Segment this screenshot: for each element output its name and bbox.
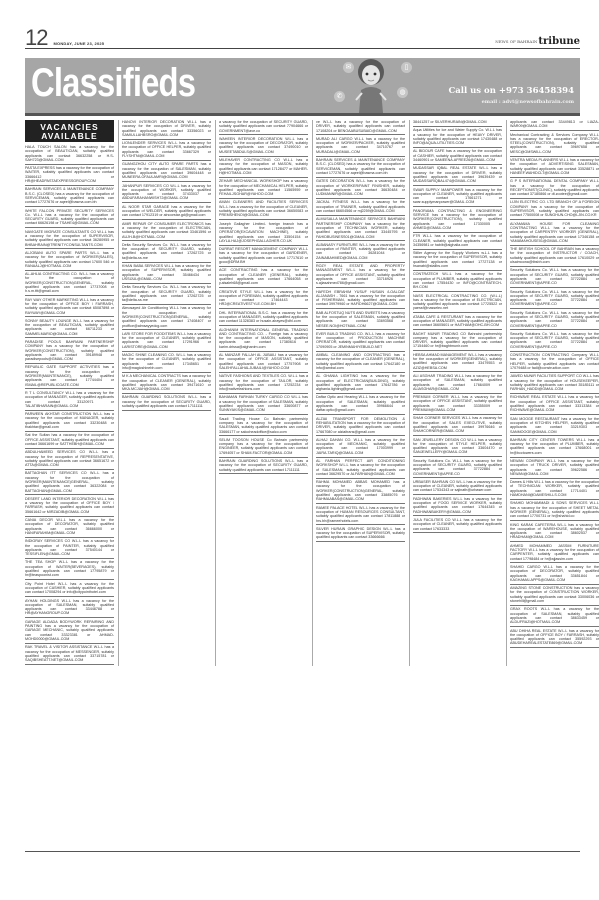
classified-ad: Aqua Utilities for Ice and Water Supply … [413,128,502,148]
classified-ad: JAHANPUR SERVICES CO W.L.L has a vacancy… [122,184,211,204]
classified-ad: SONNY BEAUTY LOUNGE W.L.L has a vacancy … [25,319,114,339]
classified-ad: SHAHID MOHAMMADI & SONS SERVICES W.L.L h… [510,501,599,521]
classified-ad: AMBAL CLEANING AND CONTRACTING has a vac… [316,353,405,373]
classified-ad: ALHAJ DAHAN CO. W.L.L has a vacancy for … [316,438,405,458]
classified-ad: ALGHANIM INTERNATIONAL GENERAL TRADING A… [219,328,308,352]
classified-ad: AMIR REPAIR OF CONSUMER ELECTRONICS has … [122,222,211,242]
classified-ad: AL NOOR STAR GARAGE has a vacancy for th… [122,205,211,220]
page-number: 12 [25,28,47,48]
page-header-left: 12 MONDAY, JUNE 23, 2025 [25,28,104,48]
classified-ad: JULA FACILITIES CO W.L.L has a vacancy f… [413,518,502,533]
ads-column-2: HANOVI INTERIOR DECORATION W.L.L has a v… [118,120,211,666]
masthead-logo: NEWS OF BAHRAINtribune [495,36,580,47]
classified-ad: 38441257 or SILVERHURAIN@GMAIL.COM [413,120,502,127]
classified-ad: THE BRITISH SCHOOL OF BAHRAIN has a vaca… [510,247,599,267]
banner-email: email : advt@newsofbahrain.com [482,99,574,105]
classified-ad: URBASER BAHRAIN CO W.L.L has a vacancy f… [413,480,502,495]
classified-ad: Security Solutions Co. W.L.L has a vacan… [510,268,599,288]
classified-ad: LARI STORE FOR FOODITEMS W.L.L has a vac… [122,332,211,352]
classified-ad: MAGIC SHINE CLEANING CO. W.L.L has a vac… [122,353,211,373]
issue-date: MONDAY, JUNE 23, 2025 [53,41,104,46]
classified-ad: PARWEEN AKHTAR CONSTRUCTION W.L.L has a … [25,412,114,432]
ads-column-4: ve W.L.L has a vacancy for the occupatio… [312,120,405,666]
classified-ad: AYHAN HOLDINGS W.L.L has a vacancy for t… [25,599,114,619]
classified-ad: applicants can contact 33449813 or LIAZA… [510,120,599,131]
classified-ad: JAWED MUNIR FACILITIES SUPPORT CO W.L.L … [510,374,599,394]
classified-ad: FADHWAN BAKERIES W.L.L has a vacancy for… [413,497,502,517]
classified-ad: AL MANZAR FALLAH AL JUBAILI has a vacanc… [219,353,308,373]
classified-ad: RAHMA MOHAMED ABBAS MOHAMED has a vacanc… [316,480,405,504]
classified-ad: AL-AHLIA CONTRACTING CO. W.L.L has a vac… [25,272,114,296]
classified-ad: CONSTRUCTION CONTRACTING Company W.L.L h… [510,353,599,373]
classified-ad: GRAX ROOTS W.L.L has a vacancy for the o… [510,607,599,627]
classified-ad: RICHWAVE REAL ESTATE W.L.L has a vacancy… [510,395,599,415]
classified-ad: ACE CONTRACTING has a vacancy for the oc… [219,268,308,288]
classified-ad: ALJOBANI AUTO SPARE PARTS W.L.L has a va… [25,251,114,271]
classified-ad: ROZY REAL ESTATE AND PROPERTY MANAGEMENT… [316,264,405,288]
classified-ad: MILEHAVER CONTRACTING CO W.L.L has a vac… [219,158,308,178]
ads-list: HALA TOUCH SALON has a vacancy for the o… [25,145,114,665]
classified-ad: ALI ASGHAR TRADING W.L.L has a vacancy f… [413,374,502,394]
classified-ad: JACKAL FITNESS W.L.L has a vacancy for t… [316,200,405,215]
classified-ad: GATES DECORATION W.L.L has a vacancy for… [316,179,405,199]
classified-ad: G P S INTERNATIONAL DENTAL COMPANY W.L.L… [510,179,599,199]
classified-ad: BAHRAIN GUARDING SOLUTIONS W.L.L has a v… [219,459,308,474]
banner-phone: Call us on +973 36458394 [448,86,574,96]
classified-ad: BAHAMAN FARHAN TURKY CARGO CO W.L.L has … [219,395,308,415]
classified-ad: a vacancy for the occupation of SECURITY… [219,120,308,135]
classified-ad: CANIA DECOR W.L.L has a vacancy for the … [25,518,114,538]
classified-ad: BAB ALFOSTUQ NUTS AND SWEETS has a vacan… [316,311,405,331]
classified-ad: ALBANASY FURNITURE W.L.L has a vacancy f… [316,243,405,263]
classified-ad: INDIGRAY SERVICES CO W.L.L has a vacancy… [25,539,114,559]
banner-title: Classifieds [31,61,195,106]
classified-ad: Security Solutions Co. W.L.L has a vacan… [510,311,599,331]
classified-ad: SAN JEWELLERY DESIGN CO W.L.L has a vaca… [413,438,502,458]
classified-ad: REPUBLIC GATE SUPPORT ACTIVITIES has a v… [25,365,114,389]
classified-ad: DHL INTERNATIONAL B.S.C. has a vacancy f… [219,311,308,326]
classified-ad: Delta Security Services Co. W.L.L has a … [122,243,211,263]
classified-ad: Almosayed Air Conditioning W.L.L has a v… [122,306,211,330]
classified-ad: Delta Security Services Co. W.L.L has a … [122,285,211,305]
classified-ad: AL GHANIA LIGHTING has a vacancy for the… [316,374,405,394]
classified-ad: BAHRAIN CITY CENTER TOWERS W.L.L has a v… [510,438,599,458]
globe-icon: ◍ [397,87,408,98]
classified-ad: SHAH CORNER SERVICES W.L.L has a vacancy… [413,416,502,436]
classified-ad: MUDASSAR IQBAL REAL ESTATE W.L.L has a v… [413,166,502,186]
classified-ad: Mechanical Contracting & Services Compan… [510,133,599,157]
classified-ad: AL BIDOUR CAFE has a vacancy for the occ… [413,149,502,164]
ads-columns: VACANCIES AVAILABLE HALA TOUCH SALON has… [25,120,580,666]
classified-ad: BAGHT MUNIR TRADING CO Bahraini partners… [413,332,502,352]
classified-ad: KING KARAK CAFETERIA W.L.L has a vacancy… [510,523,599,543]
classified-ad: PASTA EXPRESS has a vacancy for the occu… [25,166,114,186]
classified-ad: ABDULHAMEED SERVICES CO W.L.L has a vaca… [25,450,114,470]
classified-ad: CONTRATECH W.L.L has a vacancy for the o… [413,272,502,292]
ads-list: a vacancy for the occupation of SECURITY… [219,120,308,474]
classified-ad: FTR W.L.L has a vacancy for the occupati… [413,234,502,249]
classified-ad: RAK TRAVEL & VISITOR ASSISTANCE W.L.L ha… [25,645,114,665]
classified-ad: Security Solutions Co. W.L.L has a vacan… [413,459,502,479]
classified-ad: Joseph Gallagher Limited- foreign branch… [219,222,308,246]
classified-ad: BAHRAIN SERVICES & MAINTENANCE COMPANY B… [316,158,405,178]
classified-ad: ALYAMAMA HOUSE FOR CLEANING CONTRACTING … [510,222,599,246]
classified-ad: NASS ELECTRICAL CONTRACTING CO. (W.L.L) … [413,294,502,314]
classified-ad: ATABA CAFE & RESTURANT has a vacancy for… [413,315,502,330]
classified-ad: BAHRAIN SERVICES & MAINTENANCE COMPANY B… [25,187,114,207]
ads-column-5: 38441257 or SILVERHURAIN@GMAIL.COMAqua U… [409,120,502,666]
classifieds-page: 12 MONDAY, JUNE 23, 2025 NEWS OF BAHRAIN… [25,26,580,666]
classified-ad: SILVER HURAIN GRAPHIC DESIGN W.L.L has a… [316,527,405,542]
classified-ad: SHAHID CARGO W.L.L has a vacancy for the… [510,565,599,585]
classified-ad: Dames & Hills W.L.L has a vacancy for th… [510,480,599,500]
classified-ad: Security Solutions Co. W.L.L has a vacan… [510,332,599,352]
vacancies-heading: VACANCIES AVAILABLE [25,120,114,142]
classified-ad: Daftar Optic and Hearing W.L.L has a vac… [316,395,405,415]
classified-ad: THE TEA SHOP W.L.L has a vacancy for the… [25,560,114,580]
masthead-brand: tribune [538,36,580,47]
classified-ad: HANOVI INTERIOR DECORATION W.L.L has a v… [122,120,211,140]
classified-ad: WHITE FALCON PRIVATE SECURITY SERVICES C… [25,209,114,229]
classifieds-banner: Classifieds ✉ ✆ ▯ ◍ Call us on +973 3645… [25,58,580,116]
mobile-icon: ▯ [401,62,412,73]
ads-column-3: a vacancy for the occupation of SECURITY… [215,120,308,666]
classified-ad: NEWAN COMPANY W.L.L has a vacancy for th… [510,459,599,479]
classified-ad: R T L CONSULTANCY W.L.L has a vacancy fo… [25,391,114,411]
classified-ad: EVER BUILD TRADING CO. W.L.L has a vacan… [316,332,405,352]
classified-ad: KHAN BABA SERVICES W.L.L has a vacancy f… [122,264,211,284]
classified-ad: MURAD ALI CARGO W.L.L has a vacancy for … [316,137,405,157]
classified-ad: Saudi Trading House Co Bahrain partnersh… [219,417,308,437]
classified-ad: HALA TOUCH SALON has a vacancy for the o… [25,145,114,165]
classified-ad: PANORAMA CONTRACTING & ENGINEERING SERVI… [413,209,502,233]
page-footer-rule [25,851,580,852]
classified-ad: SWAR SUPPLY MANPOWER has a vacancy for t… [413,188,502,208]
phone-icon: ✆ [334,91,345,102]
page-header: 12 MONDAY, JUNE 23, 2025 NEWS OF BAHRAIN… [25,26,580,49]
classified-ad: ABU DHIHA REAL ESTATE W.L.L has a vacanc… [510,629,599,649]
classified-ad: PREMIUM CORNER W.L.L has a vacancy for t… [413,395,502,415]
ads-list: HANOVI INTERIOR DECORATION W.L.L has a v… [122,120,211,411]
classified-ad: M K A MECHANICAL CONTRACTS has a vacancy… [122,374,211,394]
classified-ad: GUANGZHOU CITY AUTO SPARE PARTS has a va… [122,162,211,182]
classified-ad: ALZIAI TRANSPORT FOR DEMOLITION & REHABI… [316,417,405,437]
classified-ad: NATIVE FASHIONS AND TEXTILES CO. W.L.L h… [219,374,308,394]
classified-ad: RAY WAY OTHER MARKETING W.L.L has a vaca… [25,298,114,318]
classified-ad: NAVIGATE MIGRATE CONSULTANTS CO W.L.L ha… [25,230,114,250]
ads-list: ve W.L.L has a vacancy for the occupatio… [316,120,405,542]
masthead-small-text: NEWS OF BAHRAIN [495,39,537,44]
mascot-illustration [353,58,389,113]
ads-list: applicants can contact 33449813 or LIAZA… [510,120,599,648]
ads-column-1: VACANCIES AVAILABLE HALA TOUCH SALON has… [25,120,114,666]
classified-ad: AMAZING STONE CONSTRUCTION has a vacancy… [510,586,599,606]
classified-ad: CREATIVE STYLE W.L.L has a vacancy for t… [219,290,308,310]
classified-ad: AL FARHAN PERFECT AIR CONDITIONING WORKS… [316,459,405,479]
classified-ad: DURRAT RESORT MANAGEMENT COMPANY W.L.L h… [219,247,308,267]
classified-ad: HEBSA AHMAD MANAGEMENT W.L.L has a vacan… [413,353,502,373]
ads-list: 38441257 or SILVERHURAIN@GMAIL.COMAqua U… [413,120,502,533]
classified-ad: PARADISE POOLS BAHRAINI PARTNERSHIP COMP… [25,340,114,364]
classified-ad: AHMED MOHAMMED JASSIM FURNITURE FACTORY … [510,544,599,564]
classified-ad: BAHRAIN GUARDING SOLUTIONS W.L.L has a v… [122,395,211,410]
classified-ad: LIONLENDER SERVICES W.L.L has a vacancy … [122,141,211,161]
classified-ad: Stiller Agency for the Supply Workers w.… [413,251,502,271]
classified-ad: VENTRA MEDIA PLANNERS W.L.L has a vacanc… [510,158,599,178]
classified-ad: DESERT LAND INTERIOR DECORATION W.L.L ha… [25,497,114,517]
classified-ad: HAFEDH EBRAHIM YUSUF HUSAIN /LOALOAT ALJ… [316,290,405,310]
classified-ad: Security Solutions Co. W.L.L has a vacan… [510,290,599,310]
classified-ad: RAMEE PALACE HOTEL W.L.L has a vacancy f… [316,506,405,526]
classified-ad: City Point Hotel W.L.L has a vacancy for… [25,582,114,597]
classified-ad: AMAN CLEANERS AND FACILITIES SERVICES W.… [219,200,308,220]
classified-ad: SAN MOOGE RESTAURANT has a vacancy for t… [510,417,599,437]
classified-ad: GARAGE ALDADA BODYWORK REPAIRING AND PAI… [25,620,114,644]
ads-column-6: applicants can contact 33449813 or LIAZA… [506,120,599,666]
classified-ad: SELIM TOOSON HOUSE Co Bahrain partnershi… [219,438,308,458]
classified-ad: BATTAGHAN ITT SERVICES CO W.L.L has a va… [25,471,114,495]
classified-ad: WAHEEN INTERIOR DECORATION W.L.L has a v… [219,137,308,157]
classified-ad: LIJIN ELECTRIC CO. LTD BRANCH OF A FOREI… [510,200,599,220]
classified-ad: ve W.L.L has a vacancy for the occupatio… [316,120,405,135]
classified-ad: ZEHAIR MECHANICAL WORKSHOP has a vacancy… [219,179,308,199]
classified-ad: ALMUSALLA MAINTENANCE SERVICES BAHRAINI … [316,217,405,241]
classified-ad: Sat the Sultan has a vacancy for the occ… [25,433,114,448]
